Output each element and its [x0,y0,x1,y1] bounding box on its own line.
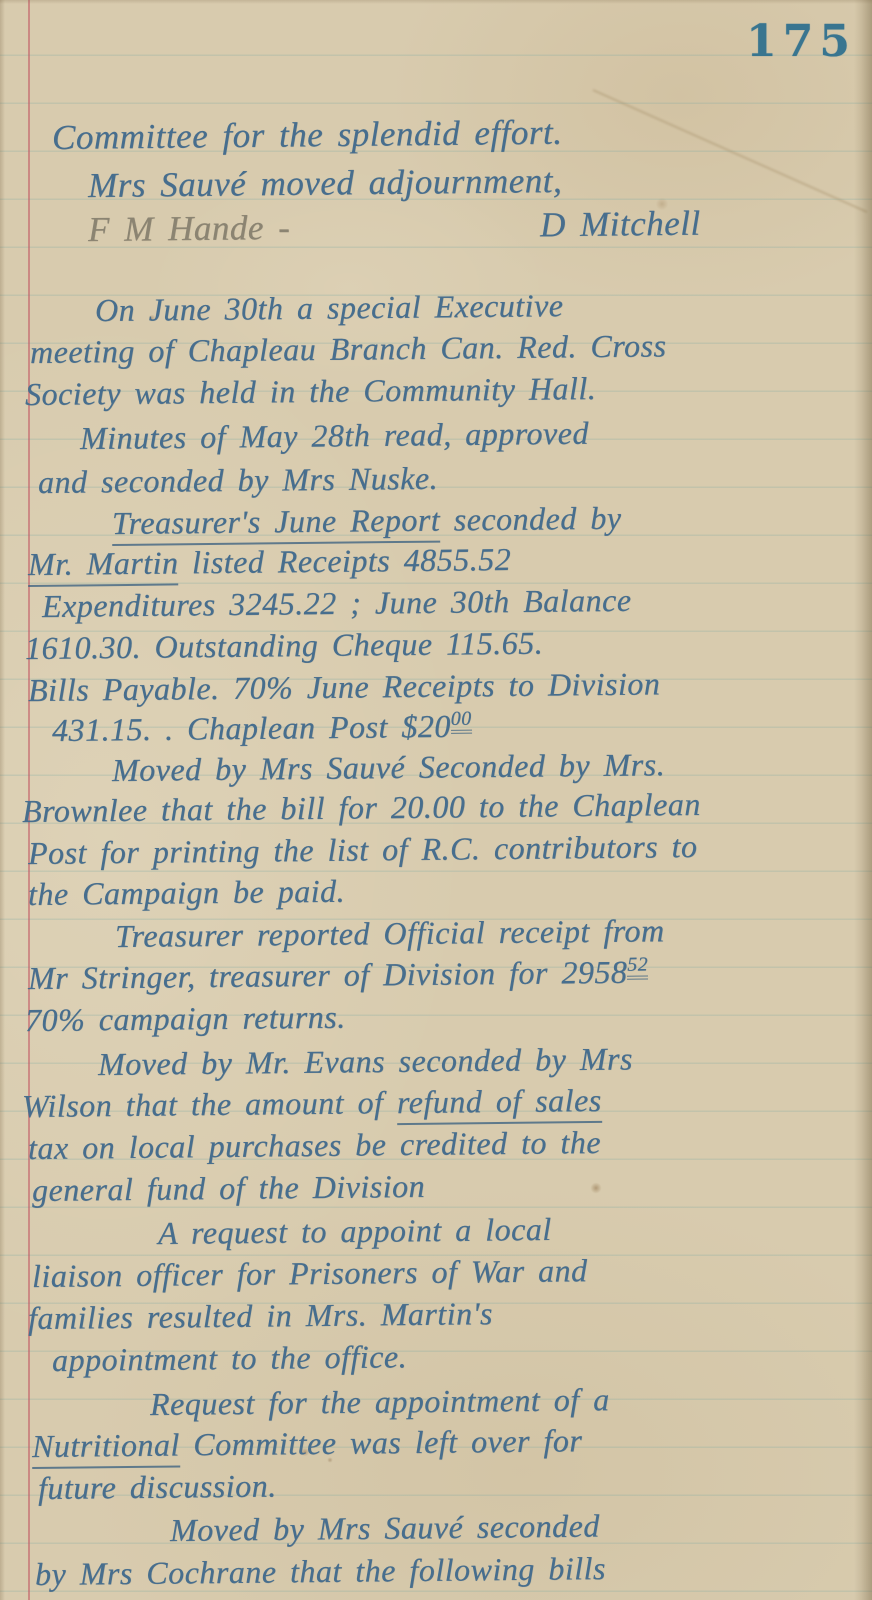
notebook-page: 175 Committee for the splendid effort. M… [0,0,872,1600]
handwritten-line: families resulted in Mrs. Martin's [28,1295,493,1337]
underlined-phrase: Treasurer's June Report [112,502,441,546]
handwritten-line: 1610.30. Outstanding Cheque 115.65. [25,625,543,667]
line-segment: Wilson that the amount of [22,1084,397,1124]
handwritten-line: liaison officer for Prisoners of War and [32,1252,588,1295]
handwritten-line: Minutes of May 28th read, approved [80,415,589,457]
handwritten-line: meeting of Chapleau Branch Can. Red. Cro… [30,327,667,371]
signature-chairman: D Mitchell [540,204,701,246]
handwritten-line: Nutritional Committee was left over for [32,1422,583,1465]
handwritten-line: Bills Payable. 70% June Receipts to Divi… [28,665,661,709]
handwritten-line: Society was held in the Community Hall. [25,370,597,413]
handwritten-line: by Mrs Cochrane that the following bills [35,1550,606,1593]
handwritten-line: Mr. Martin listed Receipts 4855.52 [28,541,512,583]
handwritten-line: 431.15. . Chaplean Post $2000 [52,708,472,749]
superscript-cents: 00 [451,708,472,734]
handwritten-line: Treasurer reported Official receipt from [115,912,665,955]
line-segment: Mr Stringer, treasurer of Division for 2… [28,954,628,996]
handwritten-line: Post for printing the list of R.C. contr… [28,828,698,872]
superscript-cents: 52 [627,954,648,980]
handwritten-line: tax on local purchases be credited to th… [28,1124,601,1167]
paper-crease [593,89,868,213]
handwritten-line: appointment to the office. [52,1338,407,1379]
handwritten-line: Mr Stringer, treasurer of Division for 2… [28,954,649,997]
page-edge-shadow-top [0,0,872,4]
line-segment: 431.15. . Chaplean Post $20 [52,708,451,748]
handwritten-line: Moved by Mr. Evans seconded by Mrs [98,1040,633,1083]
signature-row: F M Hande - D Mitchell [88,202,832,250]
line-segment: seconded by [440,500,622,538]
handwritten-line: Moved by Mrs Sauvé Seconded by Mrs. [112,746,665,789]
signature-secretary: F M Hande - [88,208,291,249]
handwritten-line: general fund of the Division [32,1168,425,1209]
handwritten-line: Expenditures 3245.22 ; June 30th Balance [42,582,632,625]
underlined-phrase: refund of sales [397,1082,602,1125]
handwritten-line: Committee for the splendid effort. [52,113,563,158]
handwritten-line: On June 30th a special Executive [95,287,564,329]
handwritten-line: future discussion. [38,1468,277,1507]
handwritten-line: and seconded by Mrs Nuske. [38,460,438,501]
handwritten-line: A request to appoint a local [158,1211,552,1252]
handwritten-line: Moved by Mrs Sauvé seconded [170,1508,600,1549]
handwritten-line: Brownlee that the bill for 20.00 to the … [22,786,701,830]
page-edge-shadow-right [854,0,872,1600]
line-segment: Committee was left over for [180,1422,583,1462]
handwritten-line: Request for the appointment of a [150,1381,610,1423]
underlined-phrase: Mr. Martin [28,544,179,587]
handwritten-line: Mrs Sauvé moved adjournment, [88,161,563,206]
handwritten-line: 70% campaign returns. [25,999,346,1039]
underlined-phrase: Nutritional [32,1426,180,1469]
page-number-stamp: 175 [746,16,856,67]
handwritten-line: the Campaign be paid. [28,873,345,913]
line-segment: listed Receipts 4855.52 [178,541,511,580]
page-edge-shadow-left [0,0,5,1600]
handwritten-line: Treasurer's June Report seconded by [112,500,622,542]
handwritten-line: Wilson that the amount of refund of sale… [22,1082,602,1125]
